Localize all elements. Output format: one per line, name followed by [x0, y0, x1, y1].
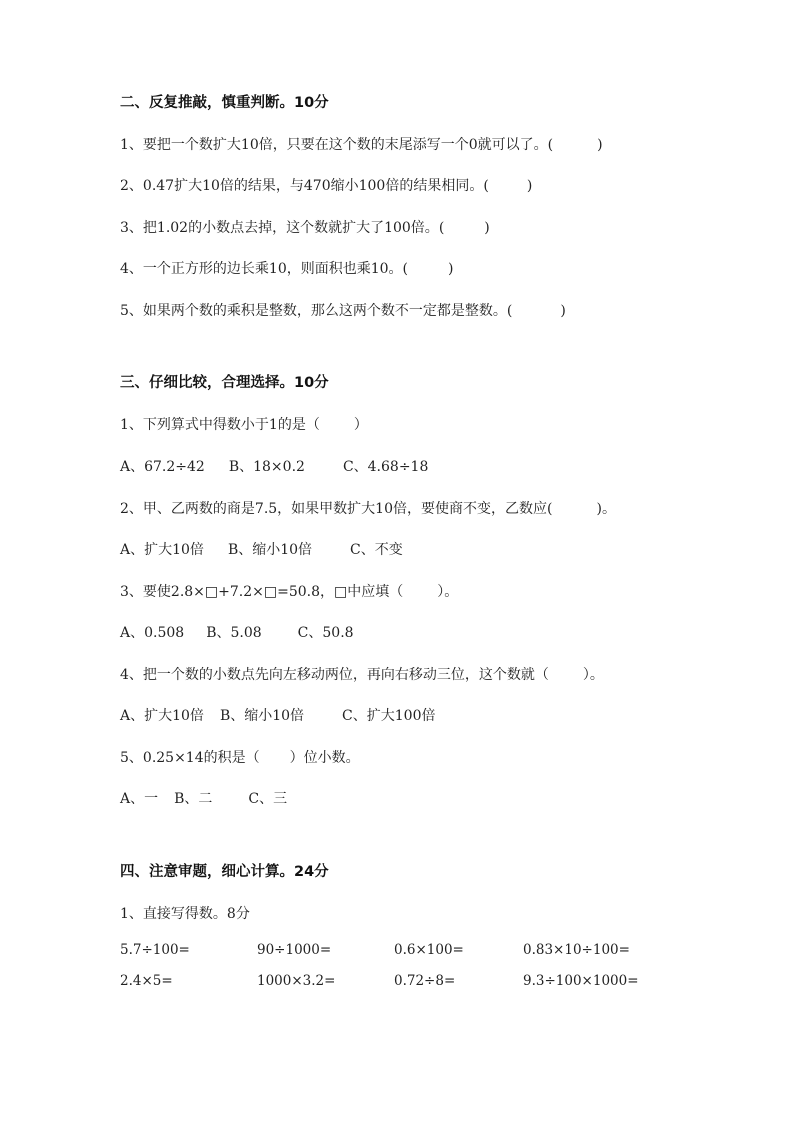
- answer-close-paren: ）: [583, 667, 590, 683]
- option-a[interactable]: A、67.2÷42: [120, 459, 205, 475]
- option-c[interactable]: C、不变: [350, 542, 403, 558]
- answer-open-paren: (: [547, 501, 552, 517]
- answer-open-paren: （: [535, 667, 549, 683]
- choice-options-1: A、67.2÷42B、18×0.2C、4.68÷18: [120, 458, 428, 476]
- option-c[interactable]: C、50.8: [298, 625, 354, 641]
- choice-question-5: 5、0.25×14的积是（）位小数。: [120, 749, 360, 767]
- answer-open-paren: (: [403, 261, 408, 277]
- calc-item: 1000×3.2=: [257, 972, 335, 990]
- question-text: 3、要使2.8×□+7.2×□=50.8，□中应填: [120, 584, 389, 600]
- calc-item: 90÷1000=: [257, 941, 331, 959]
- answer-open-paren: （: [389, 584, 403, 600]
- choice-options-4: A、扩大10倍B、缩小10倍C、扩大100倍: [120, 707, 435, 725]
- answer-close-paren: ）: [354, 417, 368, 433]
- judge-question-5: 5、如果两个数的乘积是整数，那么这两个数不一定都是整数。(): [120, 302, 566, 320]
- answer-close-paren: ): [560, 303, 565, 319]
- choice-question-3: 3、要使2.8×□+7.2×□=50.8，□中应填（）。: [120, 583, 458, 601]
- question-text: 5、0.25×14的积是: [120, 750, 246, 766]
- section-3-heading: 三、仔细比较，合理选择。10分: [120, 374, 329, 392]
- answer-open-paren: (: [548, 137, 553, 153]
- calc-item: 9.3÷100×1000=: [523, 972, 639, 990]
- calc-item: 0.6×100=: [394, 941, 464, 959]
- answer-open-paren: (: [439, 220, 444, 236]
- question-text: 1、要把一个数扩大10倍，只要在这个数的末尾添写一个0就可以了。: [120, 137, 548, 153]
- choice-options-3: A、0.508B、5.08C、50.8: [120, 624, 354, 642]
- judge-question-1: 1、要把一个数扩大10倍，只要在这个数的末尾添写一个0就可以了。(): [120, 136, 603, 154]
- choice-question-1: 1、下列算式中得数小于1的是（）: [120, 416, 368, 434]
- question-text: 4、一个正方形的边长乘10，则面积也乘10。: [120, 261, 403, 277]
- option-a[interactable]: A、扩大10倍: [120, 708, 204, 724]
- choice-options-2: A、扩大10倍B、缩小10倍C、不变: [120, 541, 403, 559]
- answer-close-paren: ): [448, 261, 453, 277]
- question-suffix: 位小数。: [304, 750, 360, 766]
- choice-question-2: 2、甲、乙两数的商是7.5，如果甲数扩大10倍，要使商不变，乙数应()。: [120, 500, 616, 518]
- answer-open-paren: (: [483, 178, 488, 194]
- answer-close-paren: ）: [290, 750, 304, 766]
- option-a[interactable]: A、0.508: [120, 625, 184, 641]
- question-suffix: 。: [602, 501, 616, 517]
- question-text: 1、下列算式中得数小于1的是: [120, 417, 306, 433]
- section-2-heading: 二、反复推敲，慎重判断。10分: [120, 94, 329, 112]
- option-a[interactable]: A、扩大10倍: [120, 542, 204, 558]
- option-c[interactable]: C、4.68÷18: [343, 459, 428, 475]
- option-b[interactable]: B、二: [174, 791, 212, 807]
- judge-question-2: 2、0.47扩大10倍的结果，与470缩小100倍的结果相同。(): [120, 177, 532, 195]
- calc-item: 0.83×10÷100=: [523, 941, 630, 959]
- subsection-direct-answers: 1、直接写得数。8分: [120, 905, 250, 923]
- option-b[interactable]: B、18×0.2: [229, 459, 305, 475]
- calc-item: 0.72÷8=: [394, 972, 455, 990]
- answer-close-paren: ): [484, 220, 489, 236]
- answer-open-paren: （: [306, 417, 320, 433]
- question-text: 5、如果两个数的乘积是整数，那么这两个数不一定都是整数。: [120, 303, 507, 319]
- question-text: 2、甲、乙两数的商是7.5，如果甲数扩大10倍，要使商不变，乙数应: [120, 501, 547, 517]
- option-c[interactable]: C、扩大100倍: [342, 708, 435, 724]
- question-text: 3、把1.02的小数点去掉，这个数就扩大了100倍。: [120, 220, 439, 236]
- option-b[interactable]: B、5.08: [206, 625, 261, 641]
- calc-item: 2.4×5=: [120, 972, 173, 990]
- question-text: 4、把一个数的小数点先向左移动两位，再向右移动三位，这个数就: [120, 667, 535, 683]
- judge-question-3: 3、把1.02的小数点去掉，这个数就扩大了100倍。(): [120, 219, 490, 237]
- option-c[interactable]: C、三: [248, 791, 287, 807]
- answer-open-paren: （: [246, 750, 260, 766]
- option-b[interactable]: B、缩小10倍: [220, 708, 304, 724]
- question-suffix: 。: [590, 667, 604, 683]
- question-text: 2、0.47扩大10倍的结果，与470缩小100倍的结果相同。: [120, 178, 483, 194]
- answer-open-paren: (: [507, 303, 512, 319]
- choice-question-4: 4、把一个数的小数点先向左移动两位，再向右移动三位，这个数就（）。: [120, 666, 604, 684]
- answer-close-paren: ): [527, 178, 532, 194]
- option-b[interactable]: B、缩小10倍: [228, 542, 312, 558]
- option-a[interactable]: A、一: [120, 791, 158, 807]
- section-4-heading: 四、注意审题，细心计算。24分: [120, 863, 329, 881]
- choice-options-5: A、一B、二C、三: [120, 790, 287, 808]
- judge-question-4: 4、一个正方形的边长乘10，则面积也乘10。(): [120, 260, 453, 278]
- answer-close-paren: ): [597, 137, 602, 153]
- calc-item: 5.7÷100=: [120, 941, 190, 959]
- question-suffix: 。: [444, 584, 458, 600]
